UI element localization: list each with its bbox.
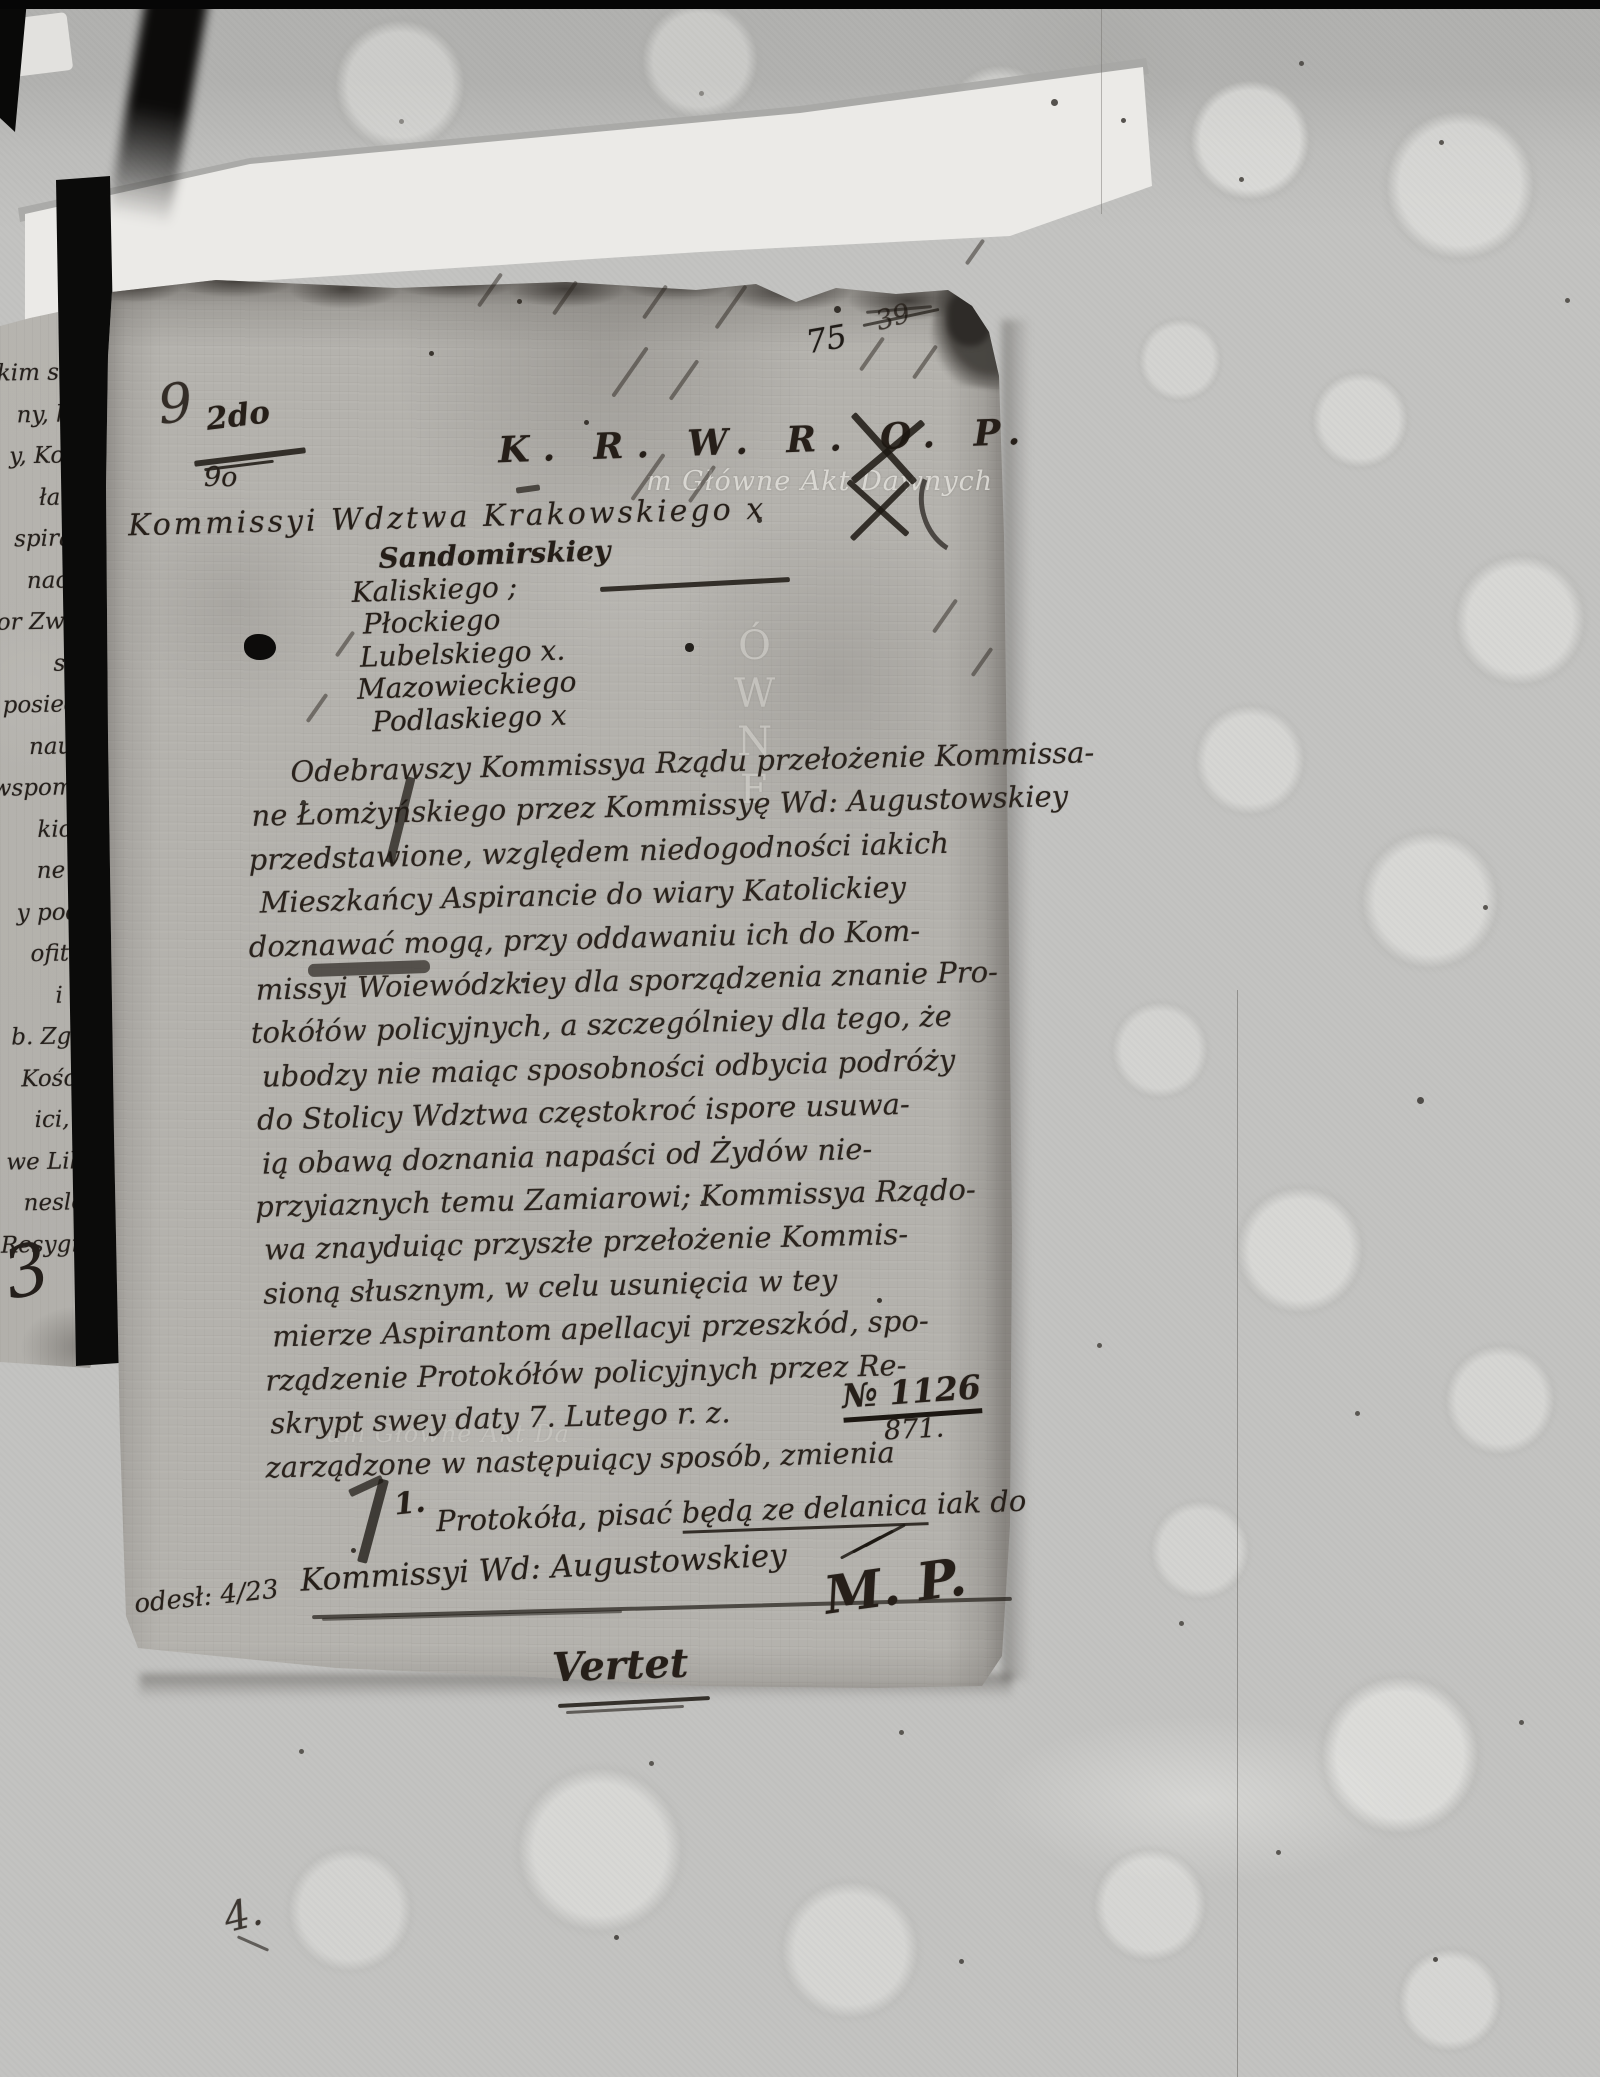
dust-speckles: [0, 0, 3, 3]
item-text-tail: iak do: [927, 1484, 1027, 1521]
reference-number-secondary: 871.: [883, 1412, 945, 1446]
voivodeship-list: Sandomirskiey Kaliskiego ; Płockiego Lub…: [350, 535, 617, 739]
margin-note-9o: 9o: [204, 462, 237, 493]
scratch-line: [1101, 9, 1102, 214]
page-number: 75: [803, 317, 850, 361]
margin-flourish: 9: [155, 370, 196, 436]
film-edge-strip: [0, 0, 1600, 9]
verso-note: Vertet: [551, 1640, 689, 1692]
item-number: 1.: [392, 1484, 427, 1522]
margin-note-2do: 2do: [204, 394, 272, 438]
document-scan: kim ssa: ny, kto y, Kom: ła uż spiran: n…: [0, 0, 1600, 2077]
ink-blot: [244, 634, 276, 660]
scratch-line: [1237, 990, 1238, 2077]
